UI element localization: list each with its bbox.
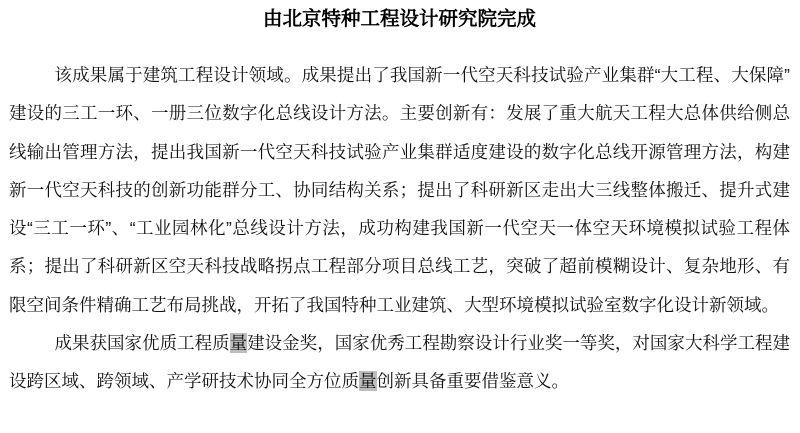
- paragraph: 该成果属于建筑工程设计领域。成果提出了我国新一代空天科技试验产业集群“大工程、大…: [9, 56, 790, 324]
- text-segment: 成果获国家优质工程质: [55, 333, 230, 353]
- document-title: 由北京特种工程设计研究院完成: [9, 6, 790, 32]
- text-segment: 该成果属于建筑工程设计领域。成果提出了我国新一代空天科技试验产业集群“大工程、大…: [9, 65, 790, 315]
- document-page: 由北京特种工程设计研究院完成 该成果属于建筑工程设计领域。成果提出了我国新一代空…: [0, 0, 800, 401]
- highlighted-text: 量: [359, 371, 377, 391]
- text-segment: 创新具备重要借鉴意义。: [377, 371, 570, 391]
- document-paragraphs: 该成果属于建筑工程设计领域。成果提出了我国新一代空天科技试验产业集群“大工程、大…: [9, 56, 790, 401]
- paragraph: 成果获国家优质工程质量建设金奖，国家优秀工程勘察设计行业奖一等奖，对国家大科学工…: [9, 324, 790, 401]
- highlighted-text: 量: [230, 333, 248, 353]
